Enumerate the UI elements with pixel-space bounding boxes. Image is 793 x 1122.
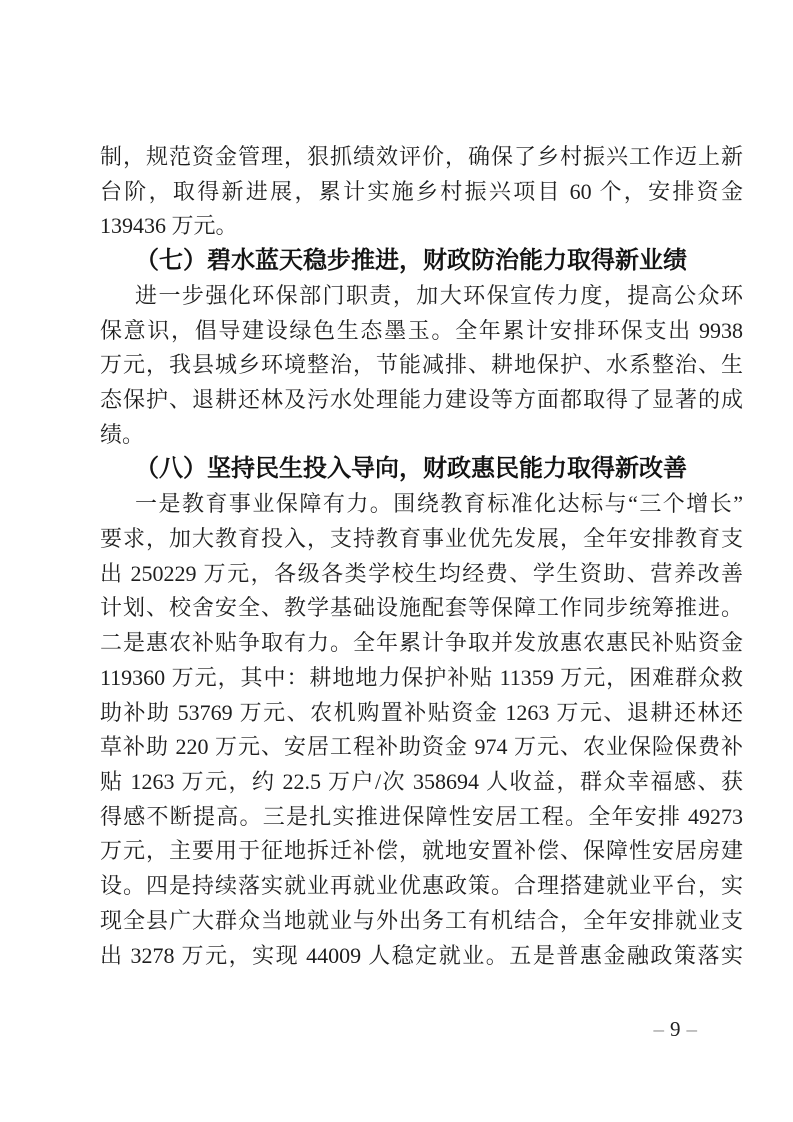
document-page: 制，规范资金管理，狠抓绩效评价，确保了乡村振兴工作迈上新 台阶，取得新进展，累计… <box>0 0 793 1122</box>
text-line: 保意识，倡导建设绿色生态墨玉。全年累计安排环保支出 9938 <box>100 314 743 349</box>
paragraph-rural-revitalization-continued: 制，规范资金管理，狠抓绩效评价，确保了乡村振兴工作迈上新 台阶，取得新进展，累计… <box>100 140 743 244</box>
text-line: 119360 万元，其中：耕地地力保护补贴 11359 万元，困难群众救 <box>100 661 743 696</box>
text-line: 制，规范资金管理，狠抓绩效评价，确保了乡村振兴工作迈上新 <box>100 140 743 175</box>
text-line: 要求，加大教育投入，支持教育事业优先发展，全年安排教育支 <box>100 522 743 557</box>
heading-text: （八）坚持民生投入导向，财政惠民能力取得新改善 <box>100 452 743 487</box>
text-line: 得感不断提高。三是扎实推进保障性安居工程。全年安排 49273 <box>100 800 743 835</box>
text-line: 助补助 53769 万元、农机购置补贴资金 1263 万元、退耕还林还 <box>100 696 743 731</box>
heading-text: （七）碧水蓝天稳步推进，财政防治能力取得新业绩 <box>100 244 743 279</box>
text-line: 一是教育事业保障有力。围绕教育标准化达标与“三个增长” <box>100 487 743 522</box>
section-7-heading: （七）碧水蓝天稳步推进，财政防治能力取得新业绩 <box>100 244 743 279</box>
text-line: 139436 万元。 <box>100 209 743 244</box>
paragraph-livelihood-investment: 一是教育事业保障有力。围绕教育标准化达标与“三个增长” 要求，加大教育投入，支持… <box>100 487 743 973</box>
text-line: 万元，主要用于征地拆迁补偿，就地安置补偿、保障性安居房建 <box>100 834 743 869</box>
text-line: 态保护、退耕还林及污水处理能力建设等方面都取得了显著的成 <box>100 383 743 418</box>
text-line: 万元，我县城乡环境整治，节能减排、耕地保护、水系整治、生 <box>100 348 743 383</box>
page-number-dash-left: – <box>654 1017 665 1041</box>
text-line: 贴 1263 万元，约 22.5 万户/次 358694 人收益，群众幸福感、获 <box>100 765 743 800</box>
page-number: –9– <box>654 1019 698 1040</box>
text-line: 绩。 <box>100 418 743 453</box>
text-line: 二是惠农补贴争取有力。全年累计争取并发放惠农惠民补贴资金 <box>100 626 743 661</box>
text-line: 计划、校舍安全、教学基础设施配套等保障工作同步统筹推进。 <box>100 591 743 626</box>
document-body: 制，规范资金管理，狠抓绩效评价，确保了乡村振兴工作迈上新 台阶，取得新进展，累计… <box>100 140 743 973</box>
text-line: 出 250229 万元，各级各类学校生均经费、学生资助、营养改善 <box>100 557 743 592</box>
text-line: 现全县广大群众当地就业与外出务工有机结合，全年安排就业支 <box>100 904 743 939</box>
text-line: 进一步强化环保部门职责，加大环保宣传力度，提高公众环 <box>100 279 743 314</box>
text-line: 草补助 220 万元、安居工程补助资金 974 万元、农业保险保费补 <box>100 730 743 765</box>
page-number-value: 9 <box>670 1017 681 1041</box>
text-line: 台阶，取得新进展，累计实施乡村振兴项目 60 个，安排资金 <box>100 175 743 210</box>
text-line: 设。四是持续落实就业再就业优惠政策。合理搭建就业平台，实 <box>100 869 743 904</box>
page-number-dash-right: – <box>687 1017 698 1041</box>
text-line: 出 3278 万元，实现 44009 人稳定就业。五是普惠金融政策落实 <box>100 939 743 974</box>
section-8-heading: （八）坚持民生投入导向，财政惠民能力取得新改善 <box>100 452 743 487</box>
paragraph-environmental-protection: 进一步强化环保部门职责，加大环保宣传力度，提高公众环 保意识，倡导建设绿色生态墨… <box>100 279 743 453</box>
